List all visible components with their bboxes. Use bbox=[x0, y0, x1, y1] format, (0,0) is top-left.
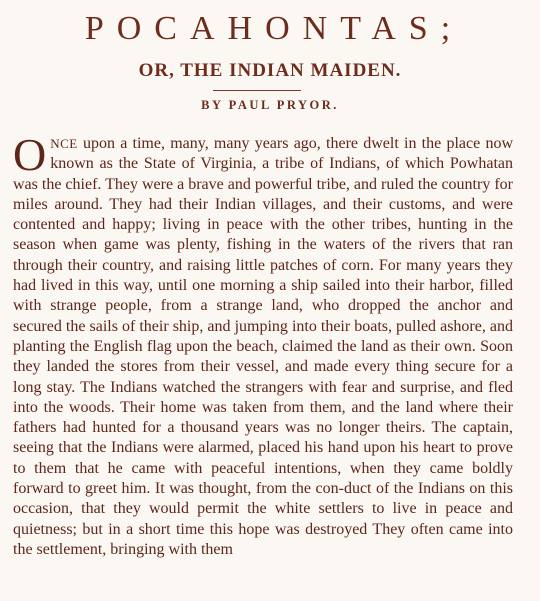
body-text: upon a time, many, many years ago, there… bbox=[13, 135, 513, 558]
byline: BY PAUL PRYOR. bbox=[0, 98, 540, 113]
story-subtitle: OR, THE INDIAN MAIDEN. bbox=[0, 60, 540, 82]
first-word-rest: NCE bbox=[50, 136, 78, 151]
title-divider bbox=[213, 90, 301, 91]
body-paragraph: ONCE upon a time, many, many years ago, … bbox=[13, 134, 513, 560]
document-page: POCAHONTAS; OR, THE INDIAN MAIDEN. BY PA… bbox=[0, 0, 540, 601]
drop-cap: O bbox=[13, 136, 46, 174]
story-title: POCAHONTAS; bbox=[0, 10, 540, 48]
